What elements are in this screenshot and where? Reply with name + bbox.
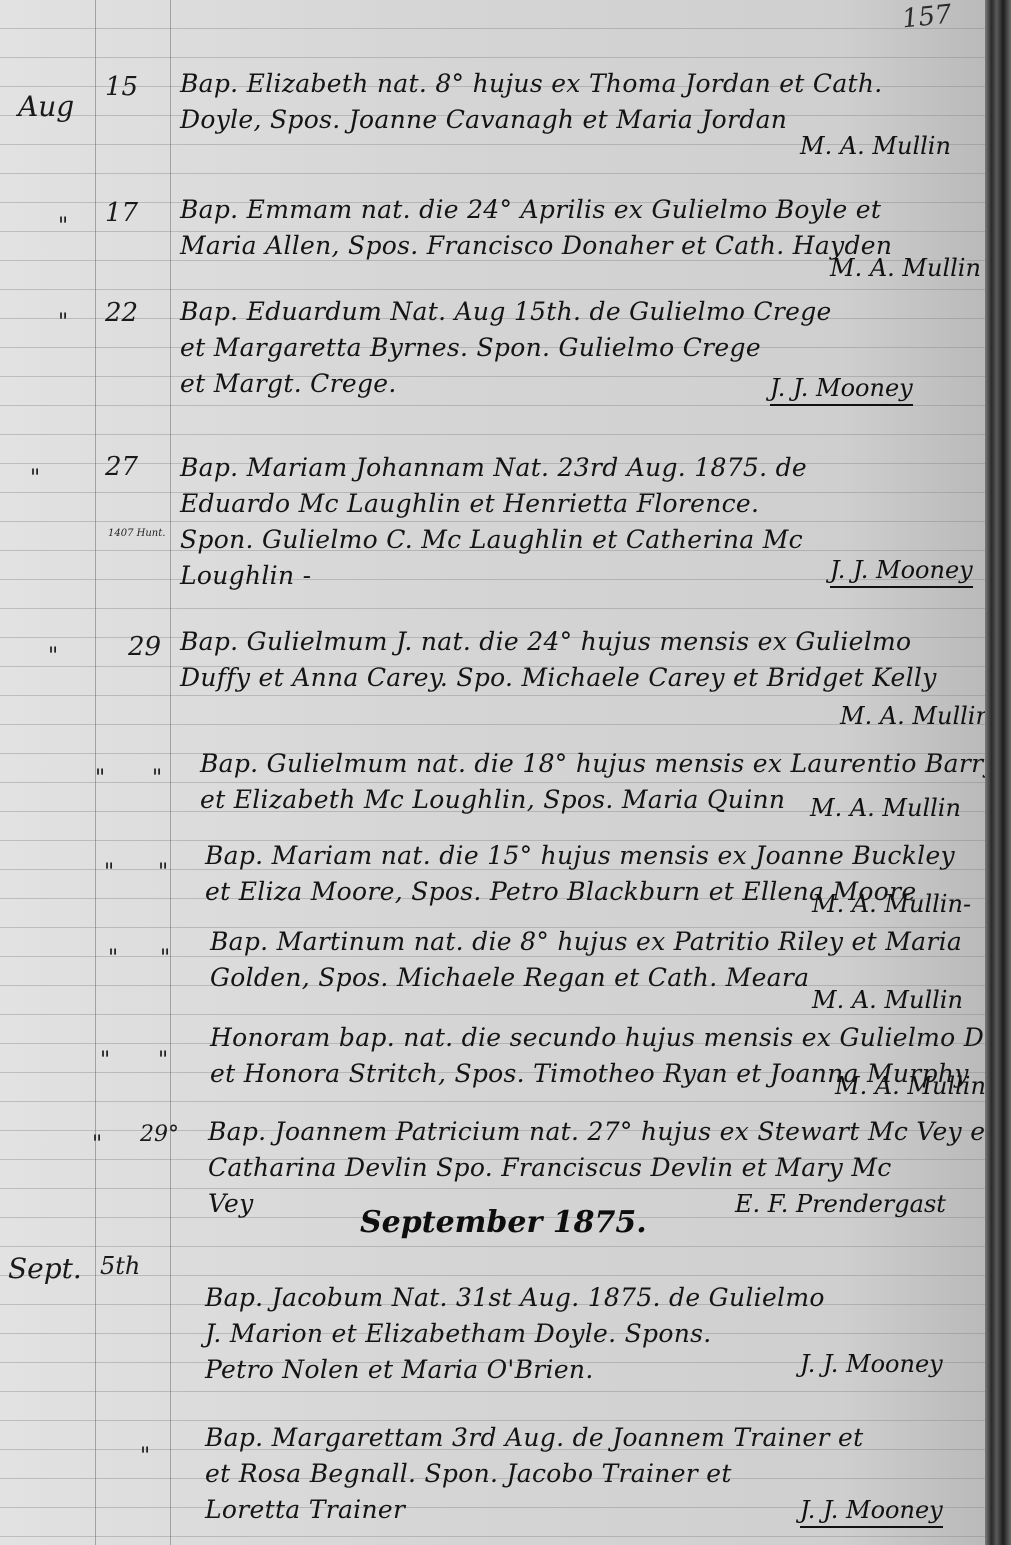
entry-line: et Rosa Begnall. Spon. Jacobo Trainer et <box>205 1456 1005 1492</box>
entry-day: 15 <box>105 72 138 102</box>
entry-line: et Margaretta Byrnes. Spon. Gulielmo Cre… <box>180 330 980 366</box>
entry-line: Bap. Mariam nat. die 15° hujus mensis ex… <box>205 838 1005 874</box>
entry-line: Bap. Emmam nat. die 24° Aprilis ex Gulie… <box>180 192 980 228</box>
entry-line: Spon. Gulielmo C. Mc Laughlin et Catheri… <box>180 522 980 558</box>
entry-line: Bap. Eduardum Nat. Aug 15th. de Gulielmo… <box>180 294 980 330</box>
month-ditto: " <box>30 466 40 491</box>
officiant-signature: M. A. Mullin <box>812 986 963 1014</box>
entry-line: Bap. Joannem Patricium nat. 27° hujus ex… <box>208 1114 1008 1150</box>
officiant-signature: J. J. Mooney <box>800 1350 943 1378</box>
entry-text: Bap. Elizabeth nat. 8° hujus ex Thoma Jo… <box>180 66 980 138</box>
month-ditto: " <box>92 1132 102 1157</box>
entry-line: Bap. Gulielmum J. nat. die 24° hujus men… <box>180 624 980 660</box>
entry-line: Bap. Margarettam 3rd Aug. de Joannem Tra… <box>205 1420 1005 1456</box>
entry-line: Catharina Devlin Spo. Franciscus Devlin … <box>208 1150 1008 1186</box>
day-ditto: " <box>158 860 168 885</box>
day-ditto: " <box>152 766 162 791</box>
officiant-signature: M. A. Mullin <box>840 702 991 730</box>
entry-day: 27 <box>105 452 138 482</box>
month-ditto: " <box>58 310 68 335</box>
entry-month: Sept. <box>8 1252 82 1285</box>
month-ditto: " <box>58 214 68 239</box>
month-ditto: " <box>100 1048 110 1073</box>
month-heading: September 1875. <box>360 1205 647 1240</box>
month-ditto: " <box>48 644 58 669</box>
day-ditto: " <box>160 946 170 971</box>
entry-day: 22 <box>105 298 138 328</box>
entry-line: Honoram bap. nat. die secundo hujus mens… <box>210 1020 1010 1056</box>
officiant-signature: J. J. Mooney <box>830 556 973 588</box>
entry-line: Bap. Gulielmum nat. die 18° hujus mensis… <box>200 746 1000 782</box>
entry-day: 29° <box>140 1122 179 1147</box>
entry-line: Bap. Mariam Johannam Nat. 23rd Aug. 1875… <box>180 450 980 486</box>
entry-day: 5th <box>100 1252 140 1280</box>
entry-line: J. Marion et Elizabetham Doyle. Spons. <box>205 1316 1005 1352</box>
entry-line: Duffy et Anna Carey. Spo. Michaele Carey… <box>180 660 980 696</box>
officiant-signature: M. A. Mullin- <box>812 890 971 918</box>
month-ditto: " <box>104 860 114 885</box>
officiant-signature: J. J. Mooney <box>770 374 913 406</box>
day-ditto: " <box>140 1444 150 1469</box>
entry-line: Bap. Jacobum Nat. 31st Aug. 1875. de Gul… <box>205 1280 1005 1316</box>
margin-note: 1407 Hunt. <box>108 528 165 539</box>
officiant-signature: E. F. Prendergast <box>735 1190 946 1218</box>
entry-day: 17 <box>105 198 138 228</box>
officiant-signature: M. A. Mullin <box>830 254 981 282</box>
officiant-signature: J. J. Mooney <box>800 1496 943 1528</box>
entry-month: Aug <box>18 90 74 123</box>
officiant-signature: M. A. Mullin <box>800 132 951 160</box>
day-ditto: " <box>158 1048 168 1073</box>
entry-line: Eduardo Mc Laughlin et Henrietta Florenc… <box>180 486 980 522</box>
page-number: 157 <box>901 0 954 35</box>
entry-line: Bap. Elizabeth nat. 8° hujus ex Thoma Jo… <box>180 66 980 102</box>
register-page: 157 Aug 15 Bap. Elizabeth nat. 8° hujus … <box>0 0 990 1545</box>
entry-day: 29 <box>128 632 161 662</box>
officiant-signature: M. A. Mullin <box>835 1072 986 1100</box>
month-ditto: " <box>95 766 105 791</box>
entry-line: Bap. Martinum nat. die 8° hujus ex Patri… <box>210 924 1010 960</box>
margin-rule-day <box>170 0 171 1545</box>
officiant-signature: M. A. Mullin <box>810 794 961 822</box>
month-ditto: " <box>108 946 118 971</box>
book-binding-edge <box>985 0 1011 1545</box>
entry-text: Bap. Gulielmum J. nat. die 24° hujus men… <box>180 624 980 696</box>
